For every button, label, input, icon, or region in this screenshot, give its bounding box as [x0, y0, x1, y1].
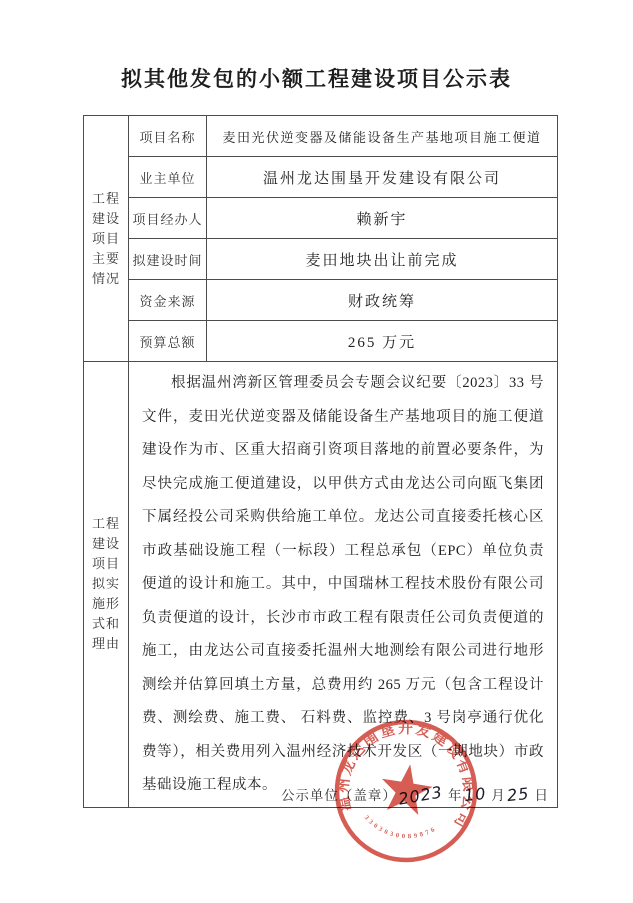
- month-unit: 月: [491, 788, 506, 803]
- implementation-paragraph: 根据温州湾新区管理委员会专题会议纪要〔2023〕33 号文件，麦田光伏逆变器及储…: [142, 367, 544, 803]
- row-value-handler: 赖新宇: [207, 198, 558, 239]
- table-row: 业主单位 温州龙达围垦开发建设有限公司: [84, 157, 558, 198]
- row-value-build-time: 麦田地块出让前完成: [207, 239, 558, 280]
- table-row: 项目经办人 赖新宇: [84, 198, 558, 239]
- row-label-budget-total: 预算总额: [129, 321, 207, 362]
- row-label-project-name: 项目名称: [129, 116, 207, 157]
- info-table: 工程 建设 项目 主要 情况 项目名称 麦田光伏逆变器及储能设备生产基地项目施工…: [83, 115, 558, 808]
- table-row: 工程 建设 项目 拟实 施形 式和 理由 根据温州湾新区管理委员会专题会议纪要〔…: [84, 362, 558, 808]
- table-row: 拟建设时间 麦田地块出让前完成: [84, 239, 558, 280]
- day-unit: 日: [535, 788, 550, 803]
- year-unit: 年: [448, 788, 463, 803]
- row-value-fund-source: 财政统筹: [207, 280, 558, 321]
- handwritten-month: 10: [463, 784, 487, 805]
- handwritten-day: 25: [506, 784, 530, 805]
- row-value-owner-unit: 温州龙达围垦开发建设有限公司: [207, 157, 558, 198]
- row-label-handler: 项目经办人: [129, 198, 207, 239]
- row-label-build-time: 拟建设时间: [129, 239, 207, 280]
- row-value-budget-total: 265 万元: [207, 321, 558, 362]
- table-row: 工程 建设 项目 主要 情况 项目名称 麦田光伏逆变器及储能设备生产基地项目施工…: [84, 116, 558, 157]
- seal-number-arc: 3303030089876: [360, 814, 439, 846]
- section1-vertical-header: 工程 建设 项目 主要 情况: [84, 116, 129, 362]
- row-label-fund-source: 资金来源: [129, 280, 207, 321]
- footer-date-line: 公示单位（盖章）2023 年10 月25 日: [83, 784, 557, 804]
- row-label-owner-unit: 业主单位: [129, 157, 207, 198]
- section2-vertical-header: 工程 建设 项目 拟实 施形 式和 理由: [84, 362, 129, 808]
- row-value-project-name: 麦田光伏逆变器及储能设备生产基地项目施工便道: [207, 116, 558, 157]
- document-page: 拟其他发包的小额工程建设项目公示表 工程 建设 项目 主要 情况 项目名称 麦田…: [0, 0, 633, 903]
- seal-number-text: 3303030089876: [360, 814, 439, 846]
- table-row: 资金来源 财政统筹: [84, 280, 558, 321]
- page-title: 拟其他发包的小额工程建设项目公示表: [0, 63, 633, 93]
- footer-stamp-label: 公示单位（盖章）: [281, 788, 397, 803]
- implementation-paragraph-cell: 根据温州湾新区管理委员会专题会议纪要〔2023〕33 号文件，麦田光伏逆变器及储…: [129, 362, 558, 808]
- table-row: 预算总额 265 万元: [84, 321, 558, 362]
